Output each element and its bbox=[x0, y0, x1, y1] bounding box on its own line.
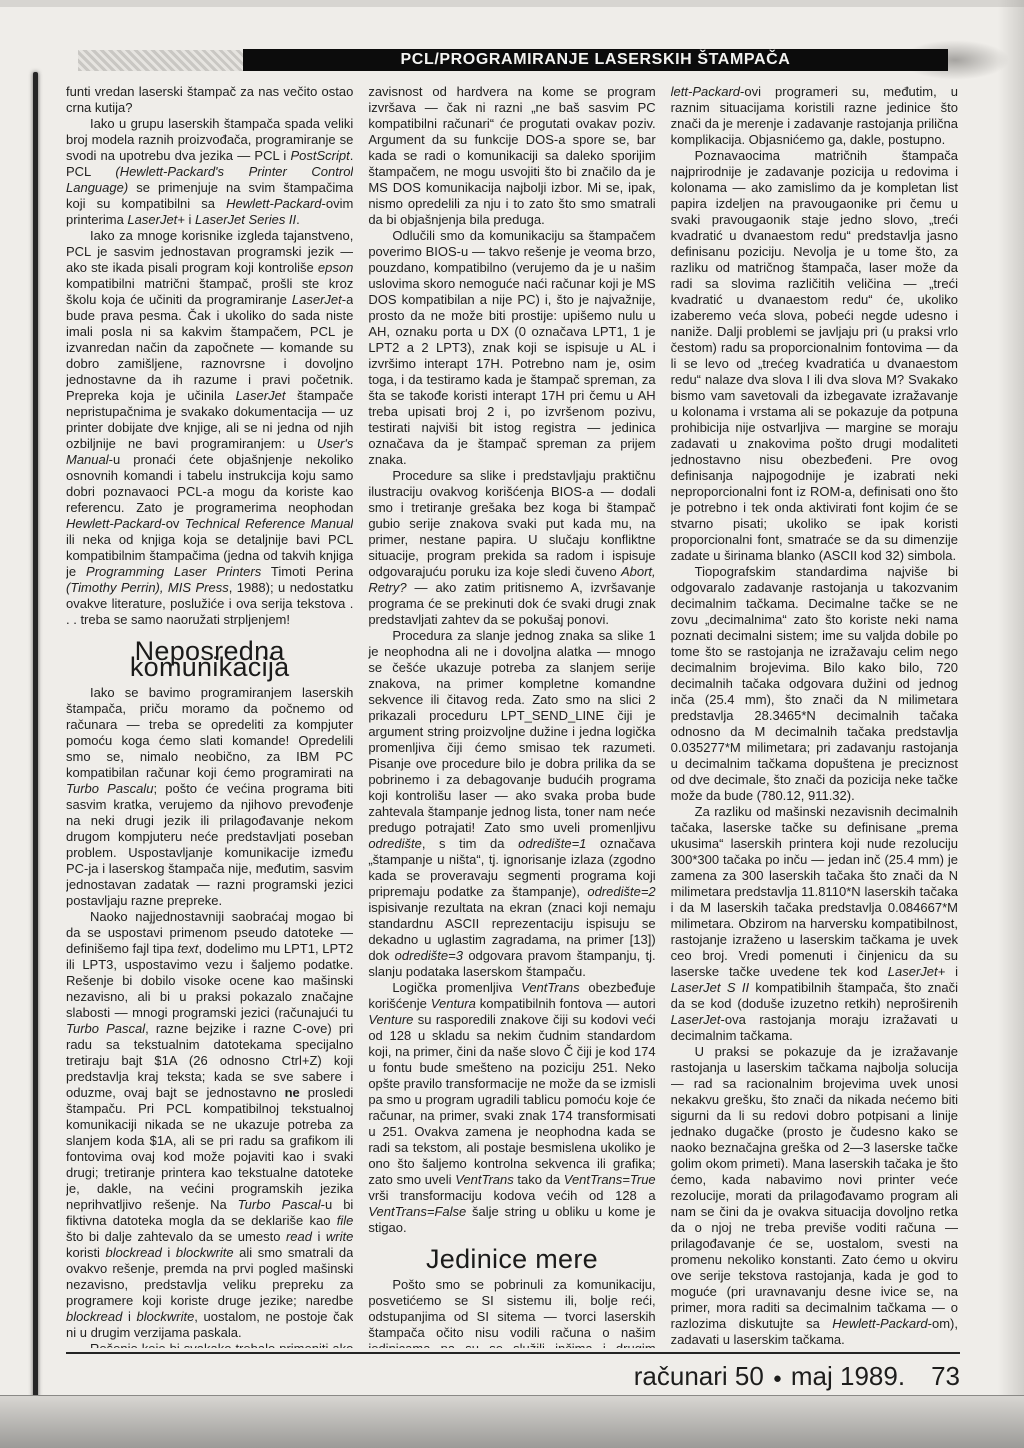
paragraph: Tiopografskim standardima najviše bi odg… bbox=[671, 564, 958, 804]
paragraph: Procedure sa slike i predstavljaju prakt… bbox=[368, 468, 655, 628]
article-title: PCL/PROGRAMIRANJE LASERSKIH ŠTAMPAČA bbox=[401, 51, 791, 68]
paragraph: Iako se bavimo programiranjem laserskih … bbox=[66, 685, 353, 909]
section-heading: Jedinice mere bbox=[368, 1251, 655, 1267]
article-columns: funti vredan laserski štampač za nas več… bbox=[66, 84, 958, 1348]
paragraph: Poznavaocima matričnih štampača najpriro… bbox=[671, 148, 958, 564]
journal-name: računari 50 bbox=[634, 1361, 764, 1391]
scan-smudge bbox=[78, 50, 244, 71]
scan-right-shade bbox=[998, 0, 1024, 1448]
paragraph: Odlučili smo da komunikaciju sa štampače… bbox=[368, 228, 655, 468]
column-2: zavisnost od hardvera na kome se program… bbox=[368, 84, 655, 1348]
page-number: 73 bbox=[931, 1361, 960, 1391]
paragraph: Iako za mnoge korisnike izgleda tajanstv… bbox=[66, 228, 353, 628]
page-footer: računari 50●maj 1989.73 bbox=[66, 1352, 960, 1392]
column-3: lett-Packard-ovi programeri su, međutim,… bbox=[671, 84, 958, 1348]
paragraph: Rešenje koje bi svakako trebalo primenit… bbox=[66, 1341, 353, 1348]
scan-left-edge bbox=[33, 72, 38, 1448]
paragraph: Procedura za slanje jednog znaka sa slik… bbox=[368, 628, 655, 980]
paragraph: lett-Packard-ovi programeri su, međutim,… bbox=[671, 84, 958, 148]
issue-date: maj 1989. bbox=[791, 1361, 905, 1391]
paragraph: U praksi se pokazuje da je izražavanje r… bbox=[671, 1044, 958, 1348]
paragraph: Pošto smo se pobrinuli za komunikaciju, … bbox=[368, 1277, 655, 1348]
scan-top-edge bbox=[0, 0, 1024, 7]
section-heading: Neposredna komunikacija bbox=[66, 643, 353, 675]
paragraph: funti vredan laserski štampač za nas več… bbox=[66, 84, 353, 116]
paragraph: Naoko najjednostavniji saobraćaj mogao b… bbox=[66, 909, 353, 1341]
paragraph: zavisnost od hardvera na kome se program… bbox=[368, 84, 655, 228]
paragraph: Logička promenljiva VentTrans obezbeđuje… bbox=[368, 980, 655, 1236]
footer-bullet: ● bbox=[773, 1370, 782, 1387]
paragraph: Za razliku od mašinski nezavisnih decima… bbox=[671, 804, 958, 1044]
paragraph: Iako u grupu laserskih štampača spada ve… bbox=[66, 116, 353, 228]
article-header-bar: PCL/PROGRAMIRANJE LASERSKIH ŠTAMPAČA bbox=[243, 49, 948, 71]
scan-bottom-shadow bbox=[0, 1395, 1024, 1448]
column-1: funti vredan laserski štampač za nas več… bbox=[66, 84, 353, 1348]
